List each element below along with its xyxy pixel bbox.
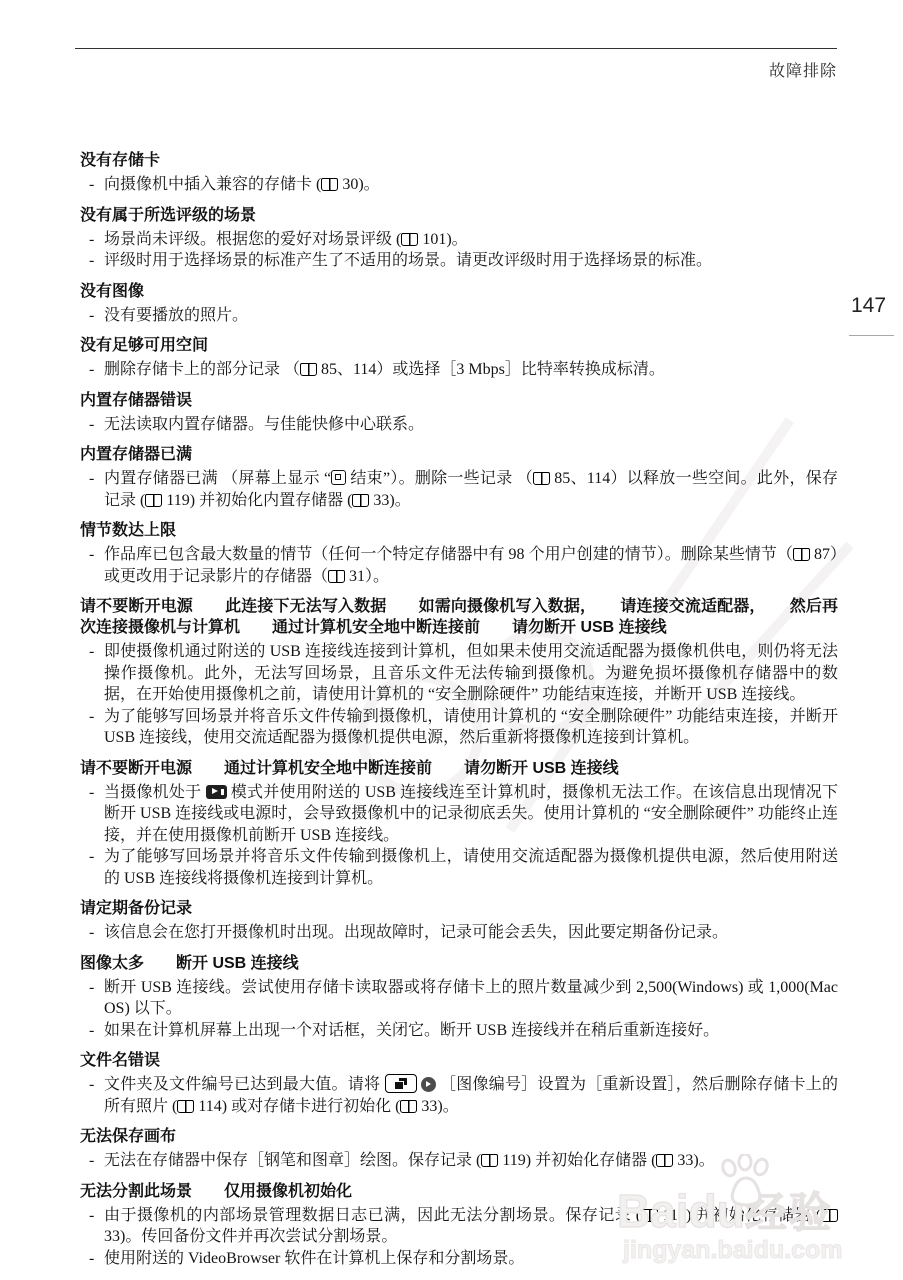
remedy-item: 无法读取内置存储器。与佳能快修中心联系。 — [80, 414, 838, 436]
book-page-reference-icon — [300, 363, 317, 376]
remedy-item: 内置存储器已满 （屏幕上显示 “ 结束”）。删除一些记录 （ 85、114）以释… — [80, 468, 838, 511]
remedy-item: 如果在计算机屏幕上出现一个对话框，关闭它。断开 USB 连接线并在稍后重新连接好… — [80, 1020, 838, 1042]
message-section: 请定期备份记录 该信息会在您打开摄像机时出现。出现故障时，记录可能会丢失，因此要… — [80, 898, 838, 944]
book-page-reference-icon — [177, 1100, 194, 1113]
page-header-title: 故障排除 — [769, 58, 837, 81]
remedy-item: 当摄像机处于 模式并使用附送的 USB 连接线连至计算机时，摄像机无法工作。在该… — [80, 782, 838, 847]
remedy-item: 由于摄像机的内部场景管理数据日志已满，因此无法分割场景。保存记录 ( 119) … — [80, 1205, 838, 1248]
book-page-reference-icon — [641, 1209, 658, 1222]
remedy-item: 评级时用于选择场景的标准产生了不适用的场景。请更改评级时用于选择场景的标准。 — [80, 250, 838, 272]
remedy-item: 断开 USB 连接线。尝试使用存储卡读取器或将存储卡上的照片数量减少到 2,50… — [80, 977, 838, 1020]
message-section: 请不要断开电源 通过计算机安全地中断连接前 请勿断开 USB 连接线 当摄像机处… — [80, 758, 838, 890]
message-section: 图像太多 断开 USB 连接线 断开 USB 连接线。尝试使用存储卡读取器或将存… — [80, 953, 838, 1042]
message-section: 请不要断开电源 此连接下无法写入数据 如需向摄像机写入数据， 请连接交流适配器，… — [80, 596, 838, 749]
remedy-item: 没有要播放的照片。 — [80, 305, 838, 327]
header-rule — [75, 48, 837, 49]
message-heading: 图像太多 断开 USB 连接线 — [80, 953, 838, 974]
book-page-reference-icon — [145, 494, 162, 507]
remedy-item: 删除存储卡上的部分记录 （ 85、114）或选择［3 Mbps］比特率转换成标清… — [80, 359, 838, 381]
message-section: 没有图像 没有要播放的照片。 — [80, 281, 838, 327]
book-page-reference-icon — [352, 494, 369, 507]
remedy-item: 该信息会在您打开摄像机时出现。出现故障时，记录可能会丢失，因此要定期备份记录。 — [80, 922, 838, 944]
message-heading: 内置存储器错误 — [80, 390, 838, 411]
remedy-item: 向摄像机中插入兼容的存储卡 ( 30)。 — [80, 174, 838, 196]
message-heading: 请不要断开电源 通过计算机安全地中断连接前 请勿断开 USB 连接线 — [80, 758, 838, 779]
built-in-memory-icon — [331, 470, 346, 485]
message-heading: 没有足够可用空间 — [80, 335, 838, 356]
remedy-item: 场景尚未评级。根据您的爱好对场景评级 ( 101)。 — [80, 229, 838, 251]
message-heading: 请定期备份记录 — [80, 898, 838, 919]
photos-menu-button-icon — [385, 1074, 417, 1093]
page-number-rule — [849, 335, 894, 336]
book-page-reference-icon — [821, 1209, 838, 1222]
message-heading: 无法保存画布 — [80, 1126, 838, 1147]
message-section: 无法保存画布 无法在存储器中保存［钢笔和图章］绘图。保存记录 ( 119) 并初… — [80, 1126, 838, 1172]
remedy-item: 文件夹及文件编号已达到最大值。请将 ［图像编号］设置为［重新设置］，然后删除存储… — [80, 1074, 838, 1117]
remedy-item: 作品库已包含最大数量的情节（任何一个特定存储器中有 98 个用户创建的情节）。删… — [80, 544, 838, 587]
remedy-item: 使用附送的 VideoBrowser 软件在计算机上保存和分割场景。 — [80, 1248, 838, 1270]
message-section: 文件名错误 文件夹及文件编号已达到最大值。请将 ［图像编号］设置为［重新设置］，… — [80, 1050, 838, 1117]
message-heading: 内置存储器已满 — [80, 444, 838, 465]
message-heading: 没有图像 — [80, 281, 838, 302]
message-section: 没有存储卡 向摄像机中插入兼容的存储卡 ( 30)。 — [80, 150, 838, 196]
message-section: 没有属于所选评级的场景 场景尚未评级。根据您的爱好对场景评级 ( 101)。 评… — [80, 205, 838, 272]
message-section: 情节数达上限 作品库已包含最大数量的情节（任何一个特定存储器中有 98 个用户创… — [80, 520, 838, 587]
remedy-item: 为了能够写回场景并将音乐文件传输到摄像机，请使用计算机的 “安全删除硬件” 功能… — [80, 706, 838, 749]
troubleshooting-list: 没有存储卡 向摄像机中插入兼容的存储卡 ( 30)。 没有属于所选评级的场景 场… — [80, 150, 838, 1269]
message-section: 无法分割此场景 仅用摄像机初始化 由于摄像机的内部场景管理数据日志已满，因此无法… — [80, 1181, 838, 1270]
manual-page: { "header": { "title": "故障排除" }, "page":… — [0, 0, 903, 1280]
book-page-reference-icon — [328, 570, 345, 583]
message-section: 没有足够可用空间 删除存储卡上的部分记录 （ 85、114）或选择［3 Mbps… — [80, 335, 838, 381]
page-number: 147 — [851, 294, 886, 318]
book-page-reference-icon — [321, 178, 338, 191]
book-page-reference-icon — [656, 1154, 673, 1167]
message-section: 内置存储器错误 无法读取内置存储器。与佳能快修中心联系。 — [80, 390, 838, 436]
remedy-item: 无法在存储器中保存［钢笔和图章］绘图。保存记录 ( 119) 并初始化存储器 (… — [80, 1150, 838, 1172]
message-heading: 无法分割此场景 仅用摄像机初始化 — [80, 1181, 838, 1202]
book-page-reference-icon — [481, 1154, 498, 1167]
message-heading: 请不要断开电源 此连接下无法写入数据 如需向摄像机写入数据， 请连接交流适配器，… — [80, 596, 838, 638]
book-page-reference-icon — [400, 1100, 417, 1113]
message-heading: 情节数达上限 — [80, 520, 838, 541]
message-section: 内置存储器已满 内置存储器已满 （屏幕上显示 “ 结束”）。删除一些记录 （ 8… — [80, 444, 838, 511]
submenu-arrow-icon — [421, 1077, 436, 1092]
book-page-reference-icon — [793, 548, 810, 561]
remedy-item: 即使摄像机通过附送的 USB 连接线连接到计算机，但如果未使用交流适配器为摄像机… — [80, 641, 838, 706]
message-heading: 文件名错误 — [80, 1050, 838, 1071]
message-heading: 没有属于所选评级的场景 — [80, 205, 838, 226]
remedy-item: 为了能够写回场景并将音乐文件传输到摄像机上，请使用交流适配器为摄像机提供电源，然… — [80, 846, 838, 889]
book-page-reference-icon — [533, 472, 550, 485]
playback-mode-icon — [206, 785, 227, 799]
book-page-reference-icon — [401, 233, 418, 246]
message-heading: 没有存储卡 — [80, 150, 838, 171]
